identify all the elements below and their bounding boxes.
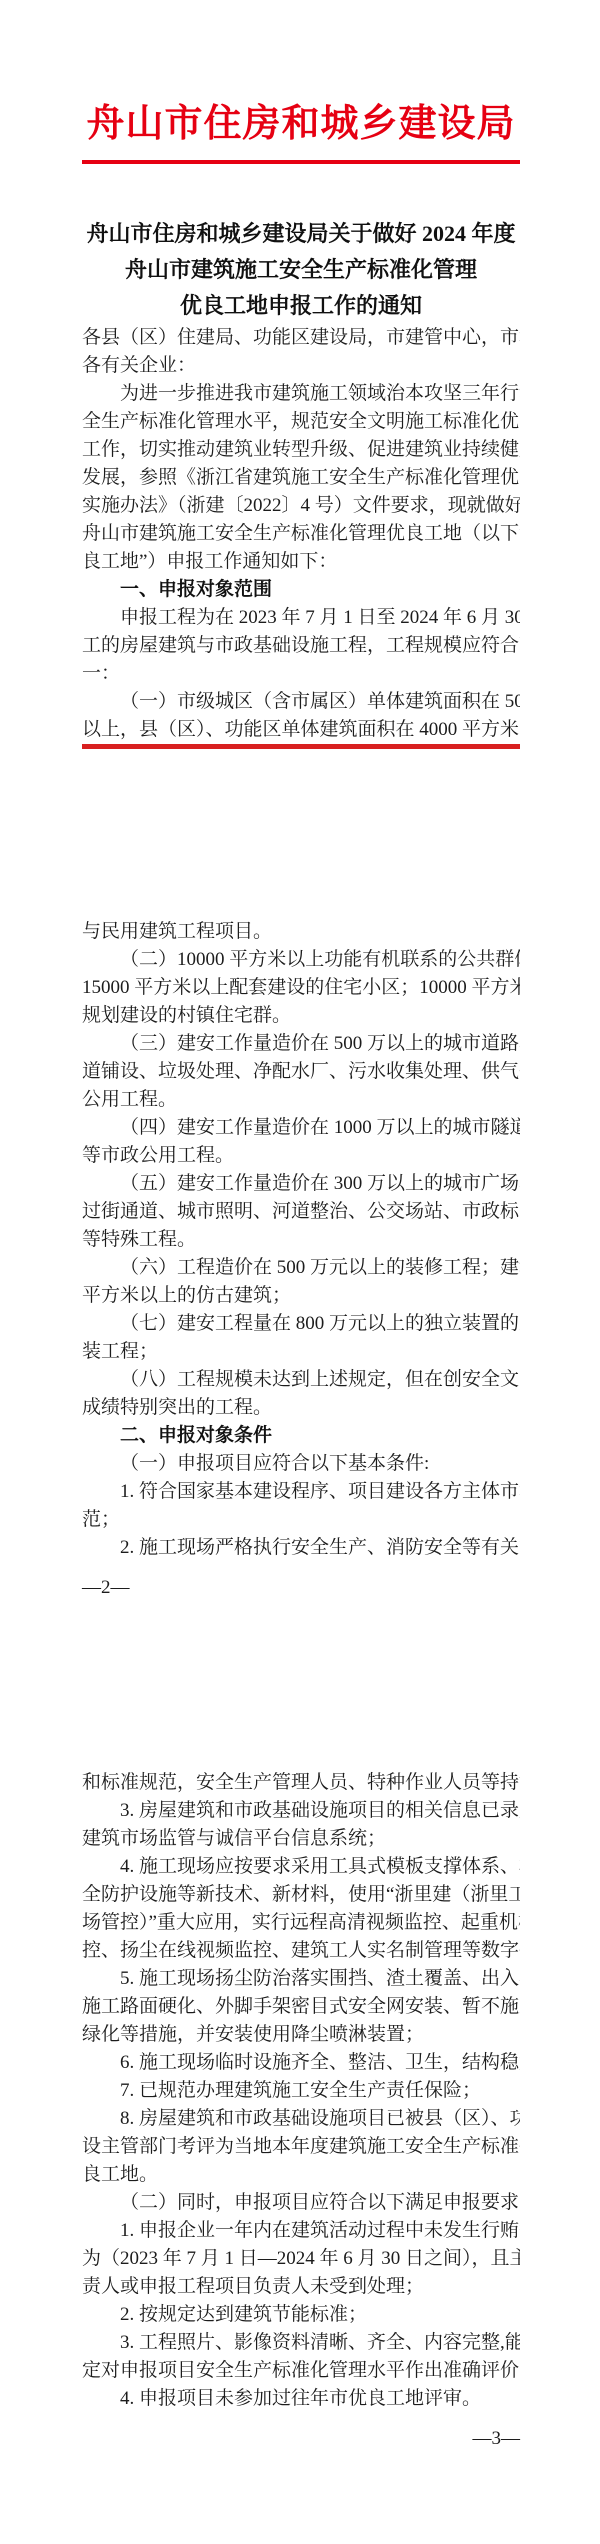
document-line: 规划建设的村镇住宅群。 [82, 1002, 520, 1030]
document-line: （八）工程规模未达到上述规定，但在创安全文明标化方面 [82, 1366, 520, 1394]
document-line: 场管控）”重大应用，实行远程高清视频监控、起重机械安全监 [82, 1909, 520, 1937]
document-line: 责人或申报工程项目负责人未受到处理； [82, 2273, 520, 2301]
document-line: 4. 施工现场应按要求采用工具式模板支撑体系、标准化安 [82, 1853, 520, 1881]
document-line: 全防护设施等新技术、新材料，使用“浙里建（浙里工程建设现 [82, 1881, 520, 1909]
page-1: 舟山市住房和城乡建设局 舟山市住房和城乡建设局关于做好 2024 年度 舟山市建… [82, 98, 520, 749]
document-line: （一）申报项目应符合以下基本条件: [82, 1450, 520, 1478]
document-line: 成绩特别突出的工程。 [82, 1394, 520, 1422]
document-line: 各有关企业： [82, 352, 520, 380]
document-line: 施工路面硬化、外脚手架密目式安全网安装、暂不施工场地进行 [82, 1993, 520, 2021]
document-line: 为进一步推进我市建筑施工领域治本攻坚三年行动，提升安 [82, 380, 520, 408]
document-line: 工的房屋建筑与市政基础设施工程，工程规模应符合下列条件之 [82, 632, 520, 660]
document-line: 工作，切实推动建筑业转型升级、促进建筑业持续健康、高质量 [82, 436, 520, 464]
document-line: （七）建安工程量在 800 万元以上的独立装置的工业设备安 [82, 1310, 520, 1338]
red-underline-mark [82, 744, 520, 749]
document-line: 舟山市建筑施工安全生产标准化管理优良工地（以下简称“市优 [82, 520, 520, 548]
page-3: 和标准规范，安全生产管理人员、特种作业人员等持证上岗；3. 房屋建筑和市政基础设… [82, 1769, 520, 2453]
document-line: 各县（区）住建局、功能区建设局，市建管中心，市城建中心， [82, 324, 520, 352]
document-line: 建筑市场监管与诚信平台信息系统； [82, 1825, 520, 1853]
letterhead-org-name: 舟山市住房和城乡建设局 [82, 98, 520, 150]
document-line: 过街通道、城市照明、河道整治、公交场站、市政标志性构筑物 [82, 1198, 520, 1226]
document-line: （二）同时，申报项目应符合以下满足申报要求: [82, 2189, 520, 2217]
document-line: 等市政公用工程。 [82, 1142, 520, 1170]
document-line: 良工地”）申报工作通知如下： [82, 548, 520, 576]
document-line: 3. 房屋建筑和市政基础设施项目的相关信息已录入浙江省 [82, 1797, 520, 1825]
document-title-line: 舟山市建筑施工安全生产标准化管理 [82, 252, 520, 288]
document-line: 以上，县（区）、功能区单体建筑面积在 4000 平方米以上的工业 [82, 716, 520, 744]
document-line: 装工程； [82, 1338, 520, 1366]
document-line: 1. 符合国家基本建设程序、项目建设各方主体市场行为规 [82, 1478, 520, 1506]
page-number: —2— [82, 1574, 520, 1602]
document-line: 5. 施工现场扬尘防治落实围挡、渣土覆盖、出入车辆冲洗、 [82, 1965, 520, 1993]
document-line: 8. 房屋建筑和市政基础设施项目已被县（区）、功能区级建 [82, 2105, 520, 2133]
document-line: （三）建安工作量造价在 500 万以上的城市道路、桥梁、管 [82, 1030, 520, 1058]
document-line: 一： [82, 660, 520, 688]
document-line: 设主管部门考评为当地本年度建筑施工安全生产标准化管理优 [82, 2133, 520, 2161]
document-line: 发展，参照《浙江省建筑施工安全生产标准化管理优良工地考评 [82, 464, 520, 492]
document-line: 公用工程。 [82, 1086, 520, 1114]
document-line: （五）建安工作量造价在 300 万以上的城市广场、人行天桥、 [82, 1170, 520, 1198]
document-line: 绿化等措施，并安装使用降尘喷淋装置； [82, 2021, 520, 2049]
document-title-line: 优良工地申报工作的通知 [82, 288, 520, 324]
document-line: 控、扬尘在线视频监控、建筑工人实名制管理等数字化管理； [82, 1937, 520, 1965]
document-line: 和标准规范，安全生产管理人员、特种作业人员等持证上岗； [82, 1769, 520, 1797]
document-title-line: 舟山市住房和城乡建设局关于做好 2024 年度 [82, 216, 520, 252]
document-line: 范； [82, 1506, 520, 1534]
document-line: （一）市级城区（含市属区）单体建筑面积在 5000 平方米 [82, 688, 520, 716]
document-line: 1. 申报企业一年内在建筑活动过程中未发生行贿等犯罪行 [82, 2217, 520, 2245]
document-line: 实施办法》（浙建〔2022〕4 号）文件要求，现就做好 2024 年度 [82, 492, 520, 520]
document-line: 与民用建筑工程项目。 [82, 918, 520, 946]
section-heading: 一、申报对象范围 [82, 576, 520, 604]
document-line: （六）工程造价在 500 万元以上的装修工程；建筑面积 1000 [82, 1254, 520, 1282]
document-line: 定对申报项目安全生产标准化管理水平作出准确评价； [82, 2357, 520, 2385]
document: 舟山市住房和城乡建设局 舟山市住房和城乡建设局关于做好 2024 年度 舟山市建… [0, 98, 600, 2453]
page-3-body: 和标准规范，安全生产管理人员、特种作业人员等持证上岗；3. 房屋建筑和市政基础设… [82, 1769, 520, 2413]
letterhead-divider [82, 160, 520, 164]
document-line: 申报工程为在 2023 年 7 月 1 日至 2024 年 6 月 30 日之间… [82, 604, 520, 632]
document-line: （四）建安工作量造价在 1000 万以上的城市隧道、城市立交 [82, 1114, 520, 1142]
section-heading: 二、申报对象条件 [82, 1422, 520, 1450]
document-line: 7. 已规范办理建筑施工安全生产责任保险； [82, 2077, 520, 2105]
page-2-body: 与民用建筑工程项目。（二）10000 平方米以上功能有机联系的公共群体建筑，15… [82, 918, 520, 1562]
document-line: 4. 申报项目未参加过往年市优良工地评审。 [82, 2385, 520, 2413]
document-line: 15000 平方米以上配套建设的住宅小区；10000 平方米以上统一 [82, 974, 520, 1002]
document-line: 2. 施工现场严格执行安全生产、消防安全等有关法律法规 [82, 1534, 520, 1562]
page-2: 与民用建筑工程项目。（二）10000 平方米以上功能有机联系的公共群体建筑，15… [82, 918, 520, 1602]
document-title: 舟山市住房和城乡建设局关于做好 2024 年度 舟山市建筑施工安全生产标准化管理… [82, 216, 520, 324]
document-line: 良工地。 [82, 2161, 520, 2189]
document-line: 6. 施工现场临时设施齐全、整洁、卫生，结构稳定安全； [82, 2049, 520, 2077]
document-line: 为（2023 年 7 月 1 日—2024 年 6 月 30 日之间），且主要负 [82, 2245, 520, 2273]
document-line: 2. 按规定达到建筑节能标准； [82, 2301, 520, 2329]
document-line: （二）10000 平方米以上功能有机联系的公共群体建筑， [82, 946, 520, 974]
page-1-body: 各县（区）住建局、功能区建设局，市建管中心，市城建中心，各有关企业：为进一步推进… [82, 324, 520, 744]
page-number: —3— [82, 2425, 520, 2453]
document-line: 平方米以上的仿古建筑； [82, 1282, 520, 1310]
document-line: 等特殊工程。 [82, 1226, 520, 1254]
document-line: 3. 工程照片、影像资料清晰、齐全、内容完整,能按本文规 [82, 2329, 520, 2357]
document-line: 道铺设、垃圾处理、净配水厂、污水收集处理、供气供热等市政 [82, 1058, 520, 1086]
document-line: 全生产标准化管理水平，规范安全文明施工标准化优良工地创建 [82, 408, 520, 436]
